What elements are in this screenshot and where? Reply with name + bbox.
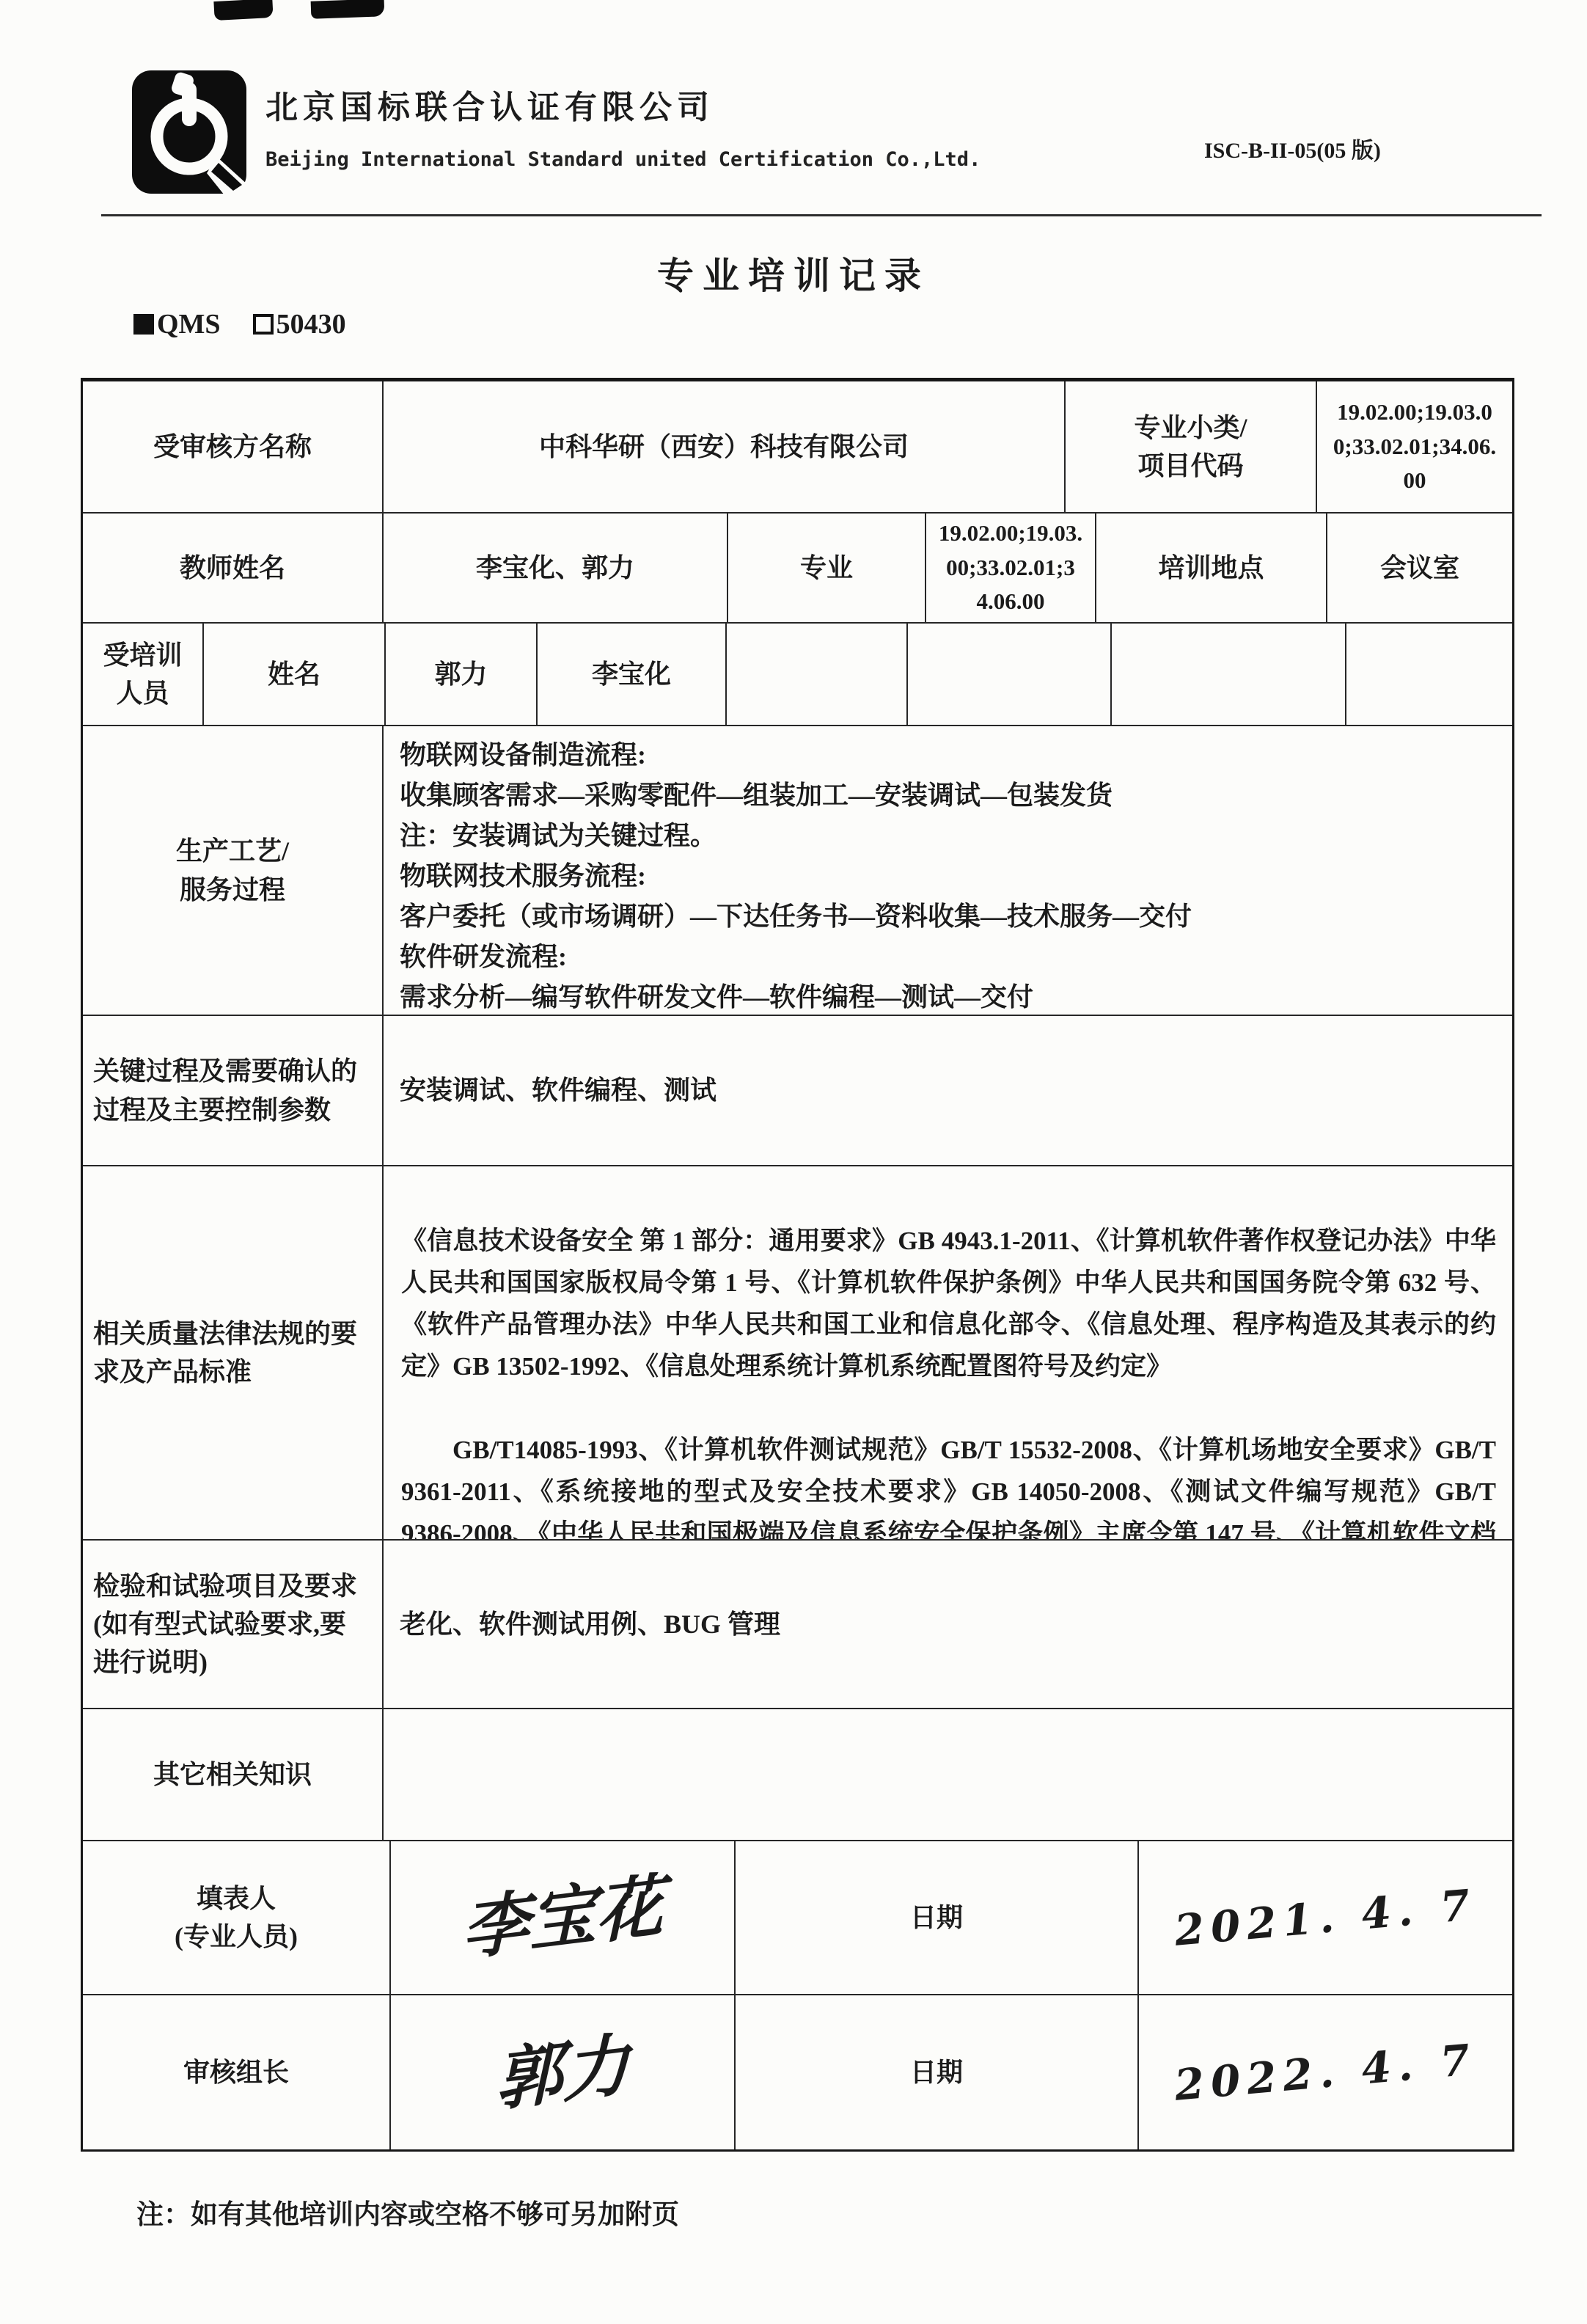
preparer-signature-cell: 李宝花 xyxy=(391,1841,736,1994)
trainee-name-cell xyxy=(1346,624,1512,725)
process-label-cell: 生产工艺/ 服务过程 xyxy=(83,726,384,1015)
classification-line: QMS 50430 xyxy=(133,308,346,340)
trainee-name-cell: 郭力 xyxy=(386,624,538,725)
auditee-label-cell: 受审核方名称 xyxy=(83,381,384,512)
key-process-value-cell: 安装调试、软件编程、测试 xyxy=(384,1016,1512,1165)
major-value-cell: 19.02.00;19.03.00;33.02.01;34.06.00 xyxy=(926,514,1096,622)
header-divider xyxy=(101,214,1542,216)
qms-checkbox-checked-icon xyxy=(133,314,154,335)
trainees-label-cell: 受培训 人员 xyxy=(83,624,204,725)
trainee-name-header-cell: 姓名 xyxy=(204,624,386,725)
regulations-value-cell: 《信息技术设备安全 第 1 部分：通用要求》GB 4943.1-2011、《计算… xyxy=(384,1166,1512,1539)
other-knowledge-label-cell: 其它相关知识 xyxy=(83,1709,384,1840)
trainee-name-cell xyxy=(908,624,1112,725)
preparer-date-label-cell: 日期 xyxy=(736,1841,1139,1994)
scanned-training-record-page: 北京国标联合认证有限公司 Beijing International Stand… xyxy=(0,0,1587,2324)
regulations-paragraph: 《信息技术设备安全 第 1 部分：通用要求》GB 4943.1-2011、《计算… xyxy=(401,1220,1496,1387)
preparer-date-handwriting: 2021. 4. 7 xyxy=(1172,1874,1479,1962)
process-lines: 物联网设备制造流程: 收集顾客需求—采购零配件—组装加工—安装调试—包装发货 注… xyxy=(400,735,1496,1015)
location-value-cell: 会议室 xyxy=(1327,514,1512,622)
major-label-cell: 专业 xyxy=(728,514,926,622)
scan-artifact xyxy=(311,0,385,19)
row-process: 生产工艺/ 服务过程 物联网设备制造流程: 收集顾客需求—采购零配件—组装加工—… xyxy=(83,726,1512,1016)
trainee-name-cell xyxy=(727,624,908,725)
regulations-paragraph: GB/T14085-1993、《计算机软件测试规范》GB/T 15532-200… xyxy=(401,1429,1496,1539)
process-value-cell: 物联网设备制造流程: 收集顾客需求—采购零配件—组装加工—安装调试—包装发货 注… xyxy=(384,726,1512,1015)
row-inspection: 检验和试验项目及要求 (如有型式试验要求,要 进行说明) 老化、软件测试用例、B… xyxy=(83,1541,1512,1709)
trainee-name-cell: 李宝化 xyxy=(538,624,727,725)
inspection-label-cell: 检验和试验项目及要求 (如有型式试验要求,要 进行说明) xyxy=(83,1541,384,1708)
qms-label: QMS xyxy=(157,308,221,340)
regulations-label-cell: 相关质量法律法规的要 求及产品标准 xyxy=(83,1166,384,1539)
audit-leader-label-cell: 审核组长 xyxy=(83,1995,391,2149)
scan-artifact xyxy=(213,0,273,21)
subcategory-value-cell: 19.02.00;19.03.00;33.02.01;34.06.00 xyxy=(1317,381,1512,512)
row-teacher: 教师姓名 李宝化、郭力 专业 19.02.00;19.03.00;33.02.0… xyxy=(83,514,1512,624)
teacher-label-cell: 教师姓名 xyxy=(83,514,384,622)
row-audit-leader: 审核组长 郭力 日期 2022. 4. 7 xyxy=(83,1995,1512,2149)
row-other-knowledge: 其它相关知识 xyxy=(83,1709,1512,1841)
audit-leader-signature-cell: 郭力 xyxy=(391,1995,736,2149)
preparer-signature: 李宝花 xyxy=(461,1871,664,1964)
page-title: 专业培训记录 xyxy=(0,246,1587,299)
audit-leader-date-cell: 2022. 4. 7 xyxy=(1139,1995,1512,2149)
audit-leader-date-handwriting: 2022. 4. 7 xyxy=(1172,2028,1479,2116)
location-label-cell: 培训地点 xyxy=(1096,514,1327,622)
50430-checkbox-unchecked-icon xyxy=(253,314,274,335)
company-logo xyxy=(131,69,248,195)
inspection-value-cell: 老化、软件测试用例、BUG 管理 xyxy=(384,1541,1512,1708)
row-key-process: 关键过程及需要确认的 过程及主要控制参数 安装调试、软件编程、测试 xyxy=(83,1016,1512,1166)
preparer-label-cell: 填表人 (专业人员) xyxy=(83,1841,391,1994)
teacher-value-cell: 李宝化、郭力 xyxy=(384,514,728,622)
footer-note: 注：如有其他培训内容或空格不够可另加附页 xyxy=(136,2192,679,2232)
company-name-cn: 北京国标联合认证有限公司 xyxy=(265,81,981,128)
training-record-table: 受审核方名称 中科华研（西安）科技有限公司 专业小类/ 项目代码 19.02.0… xyxy=(81,378,1514,2152)
subcategory-label-cell: 专业小类/ 项目代码 xyxy=(1066,381,1317,512)
auditee-value-cell: 中科华研（西安）科技有限公司 xyxy=(384,381,1066,512)
audit-leader-date-label-cell: 日期 xyxy=(736,1995,1139,2149)
row-preparer: 填表人 (专业人员) 李宝花 日期 2021. 4. 7 xyxy=(83,1841,1512,1995)
preparer-date-cell: 2021. 4. 7 xyxy=(1139,1841,1512,1994)
key-process-label-cell: 关键过程及需要确认的 过程及主要控制参数 xyxy=(83,1016,384,1165)
company-header: 北京国标联合认证有限公司 Beijing International Stand… xyxy=(265,81,981,171)
row-auditee: 受审核方名称 中科华研（西安）科技有限公司 专业小类/ 项目代码 19.02.0… xyxy=(83,381,1512,514)
row-trainees: 受培训 人员 姓名 郭力 李宝化 xyxy=(83,624,1512,726)
other-knowledge-value-cell xyxy=(384,1709,1512,1840)
audit-leader-signature: 郭力 xyxy=(495,2031,630,2115)
trainee-name-cell xyxy=(1112,624,1346,725)
company-name-en: Beijing International Standard united Ce… xyxy=(265,148,981,171)
document-code: ISC-B-II-05(05 版) xyxy=(1204,132,1381,164)
row-regulations: 相关质量法律法规的要 求及产品标准 《信息技术设备安全 第 1 部分：通用要求》… xyxy=(83,1166,1512,1541)
50430-label: 50430 xyxy=(276,308,346,340)
